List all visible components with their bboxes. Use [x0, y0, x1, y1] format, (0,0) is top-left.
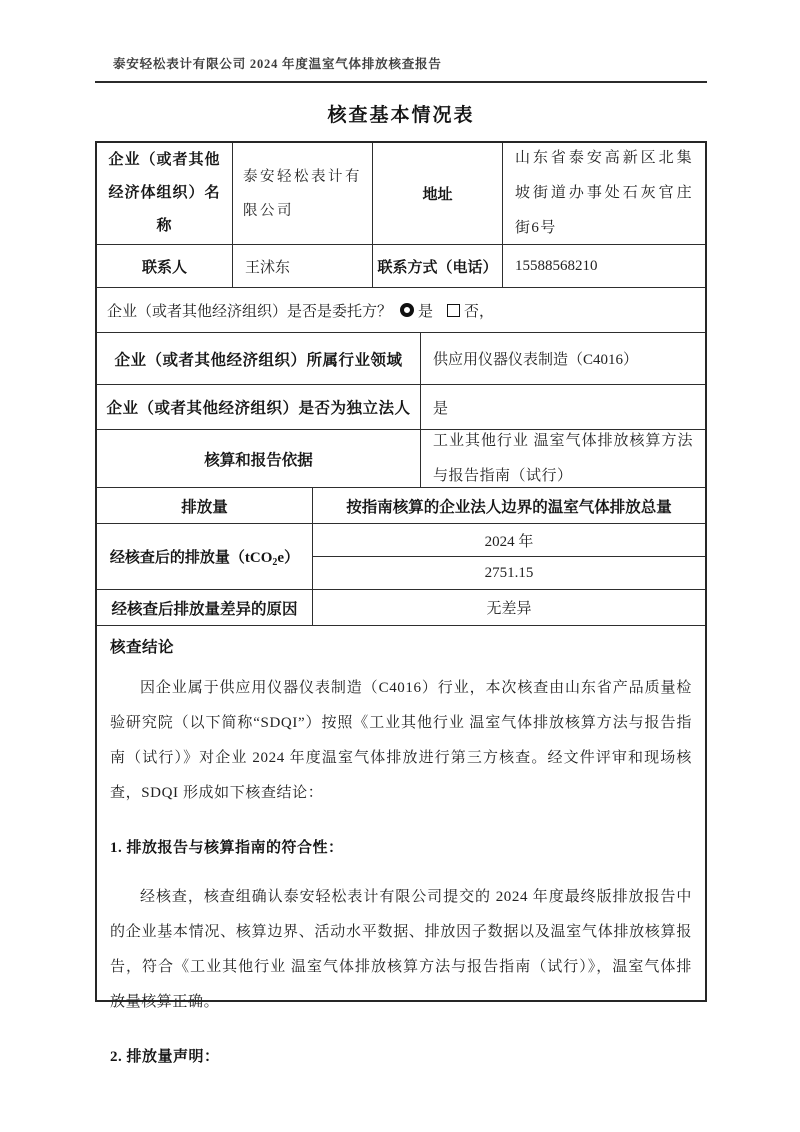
difference-reason-text: 无差异	[486, 597, 531, 618]
table-row-client-question: 企业（或者其他经济组织）是否是委托方？ 是 否，	[97, 287, 705, 332]
table-row-industry: 企业（或者其他经济组织）所属行业领域 供应用仪器仪表制造（C4016）	[97, 332, 705, 384]
basis-value: 工业其他行业 温室气体排放核算方法与报告指南（试行）	[420, 430, 705, 487]
client-question-cell: 企业（或者其他经济组织）是否是委托方？ 是 否，	[97, 288, 705, 332]
legal-person-value-text: 是	[433, 397, 448, 418]
address-value: 山东省泰安高新区北集坡街道办事处石灰官庄街6号	[502, 143, 705, 244]
address-text: 山东省泰安高新区北集坡街道办事处石灰官庄街6号	[515, 141, 693, 246]
emission-header-label-text: 排放量	[181, 495, 228, 517]
verified-emissions-label: 经核查后的排放量（tCO2e）	[97, 524, 312, 589]
conclusion-cell: 核查结论 因企业属于供应用仪器仪表制造（C4016）行业，本次核查由山东省产品质…	[97, 626, 705, 1000]
difference-reason-label: 经核查后排放量差异的原因	[97, 590, 312, 625]
table-row-legal-person: 企业（或者其他经济组织）是否为独立法人 是	[97, 384, 705, 429]
emission-year-cell: 2024 年	[313, 524, 705, 556]
document-page: 泰安轻松表计有限公司 2024 年度温室气体排放核查报告 核查基本情况表 企业（…	[0, 0, 800, 1132]
legal-person-value: 是	[420, 385, 705, 429]
contact-label-text: 联系人	[142, 256, 187, 277]
verified-emissions-label-text: 经核查后的排放量（tCO2e）	[110, 546, 299, 568]
report-running-header: 泰安轻松表计有限公司 2024 年度温室气体排放核查报告	[95, 54, 707, 83]
basis-label: 核算和报告依据	[97, 430, 420, 487]
client-no-label: 否，	[464, 300, 494, 321]
table-row-verified-emissions: 经核查后的排放量（tCO2e） 2024 年 2751.15	[97, 523, 705, 589]
table-row-difference-reason: 经核查后排放量差异的原因 无差异	[97, 589, 705, 625]
page-title: 核查基本情况表	[95, 100, 707, 127]
table-row-conclusion: 核查结论 因企业属于供应用仪器仪表制造（C4016）行业，本次核查由山东省产品质…	[97, 625, 705, 1000]
basis-label-text: 核算和报告依据	[204, 448, 313, 470]
conclusion-heading: 核查结论	[110, 635, 692, 657]
emission-amount-text: 2751.15	[485, 565, 534, 582]
industry-label: 企业（或者其他经济组织）所属行业领域	[97, 333, 420, 384]
legal-person-label-text: 企业（或者其他经济组织）是否为独立法人	[106, 396, 410, 418]
phone-value: 15588568210	[502, 245, 705, 287]
basis-value-text: 工业其他行业 温室气体排放核算方法与报告指南（试行）	[433, 424, 693, 494]
table-row-company: 企业（或者其他经济体组织）名称 泰安轻松表计有限公司 地址 山东省泰安高新区北集…	[97, 143, 705, 244]
checkbox-empty-icon	[447, 304, 460, 317]
conclusion-section1-paragraph: 经核查，核查组确认泰安轻松表计有限公司提交的 2024 年度最终版排放报告中的企…	[110, 880, 692, 1020]
industry-value: 供应用仪器仪表制造（C4016）	[420, 333, 705, 384]
company-name-label: 企业（或者其他经济体组织）名称	[97, 143, 232, 244]
report-header-text: 泰安轻松表计有限公司 2024 年度温室气体排放核查报告	[113, 57, 442, 71]
conclusion-section2-heading: 2. 排放量声明：	[110, 1040, 692, 1075]
company-name-label-text: 企业（或者其他经济体组织）名称	[107, 144, 222, 243]
legal-person-label: 企业（或者其他经济组织）是否为独立法人	[97, 385, 420, 429]
difference-reason-label-text: 经核查后排放量差异的原因	[111, 597, 297, 619]
contact-label: 联系人	[97, 245, 232, 287]
company-name-text: 泰安轻松表计有限公司	[243, 160, 362, 228]
address-label: 地址	[372, 143, 502, 244]
emission-amount-cell: 2751.15	[313, 556, 705, 589]
table-row-basis: 核算和报告依据 工业其他行业 温室气体排放核算方法与报告指南（试行）	[97, 429, 705, 487]
table-row-emission-header: 排放量 按指南核算的企业法人边界的温室气体排放总量	[97, 487, 705, 523]
industry-label-text: 企业（或者其他经济组织）所属行业领域	[114, 348, 402, 370]
emission-header-label: 排放量	[97, 488, 312, 523]
company-name-value: 泰安轻松表计有限公司	[232, 143, 372, 244]
conclusion-paragraph-1: 因企业属于供应用仪器仪表制造（C4016）行业，本次核查由山东省产品质量检验研究…	[110, 671, 692, 811]
emission-header-value-text: 按指南核算的企业法人边界的温室气体排放总量	[346, 495, 672, 517]
table-row-contact: 联系人 王沭东 联系方式（电话） 15588568210	[97, 244, 705, 287]
phone-label: 联系方式（电话）	[372, 245, 502, 287]
verified-emissions-values: 2024 年 2751.15	[312, 524, 705, 589]
contact-value: 王沭东	[232, 245, 372, 287]
conclusion-section1-heading: 1. 排放报告与核算指南的符合性：	[110, 831, 692, 866]
phone-number-text: 15588568210	[515, 258, 598, 275]
industry-value-text: 供应用仪器仪表制造（C4016）	[433, 348, 638, 369]
client-yes-label: 是	[418, 300, 433, 321]
address-label-text: 地址	[422, 183, 452, 204]
emission-year-text: 2024 年	[485, 530, 534, 551]
difference-reason-value: 无差异	[312, 590, 705, 625]
phone-label-text: 联系方式（电话）	[377, 256, 497, 277]
basic-info-table: 企业（或者其他经济体组织）名称 泰安轻松表计有限公司 地址 山东省泰安高新区北集…	[95, 141, 707, 1002]
emission-header-value: 按指南核算的企业法人边界的温室气体排放总量	[312, 488, 705, 523]
client-question-text: 企业（或者其他经济组织）是否是委托方？	[107, 300, 392, 321]
radio-filled-icon	[400, 303, 414, 317]
contact-name-text: 王沭东	[245, 256, 290, 277]
